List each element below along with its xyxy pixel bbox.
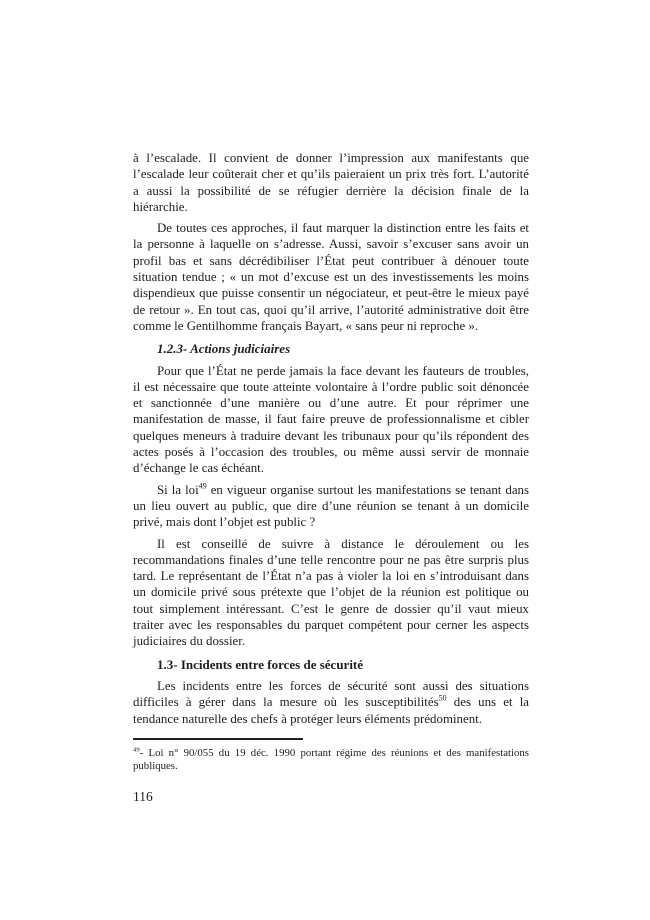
section-heading-actions-judiciaires: 1.2.3- Actions judiciaires [157,341,529,357]
body-paragraph: Pour que l’État ne perde jamais la face … [133,363,529,477]
footnote-text: 49- Loi n° 90/055 du 19 déc. 1990 portan… [133,747,529,774]
body-paragraph: De toutes ces approches, il faut marquer… [133,220,529,334]
document-page: à l’escalade. Il convient de donner l’im… [0,0,650,920]
page-number: 116 [133,789,529,805]
body-paragraph: à l’escalade. Il convient de donner l’im… [133,150,529,215]
body-paragraph: Si la loi49 en vigueur organise surtout … [133,482,529,531]
footnote-area: 49- Loi n° 90/055 du 19 déc. 1990 portan… [133,738,529,774]
page-body: à l’escalade. Il convient de donner l’im… [133,150,529,727]
body-paragraph: Les incidents entre les forces de sécuri… [133,678,529,727]
section-heading-incidents-forces: 1.3- Incidents entre forces de sécurité [157,657,529,673]
footnote-separator [133,738,303,740]
body-paragraph: Il est conseillé de suivre à distance le… [133,536,529,650]
